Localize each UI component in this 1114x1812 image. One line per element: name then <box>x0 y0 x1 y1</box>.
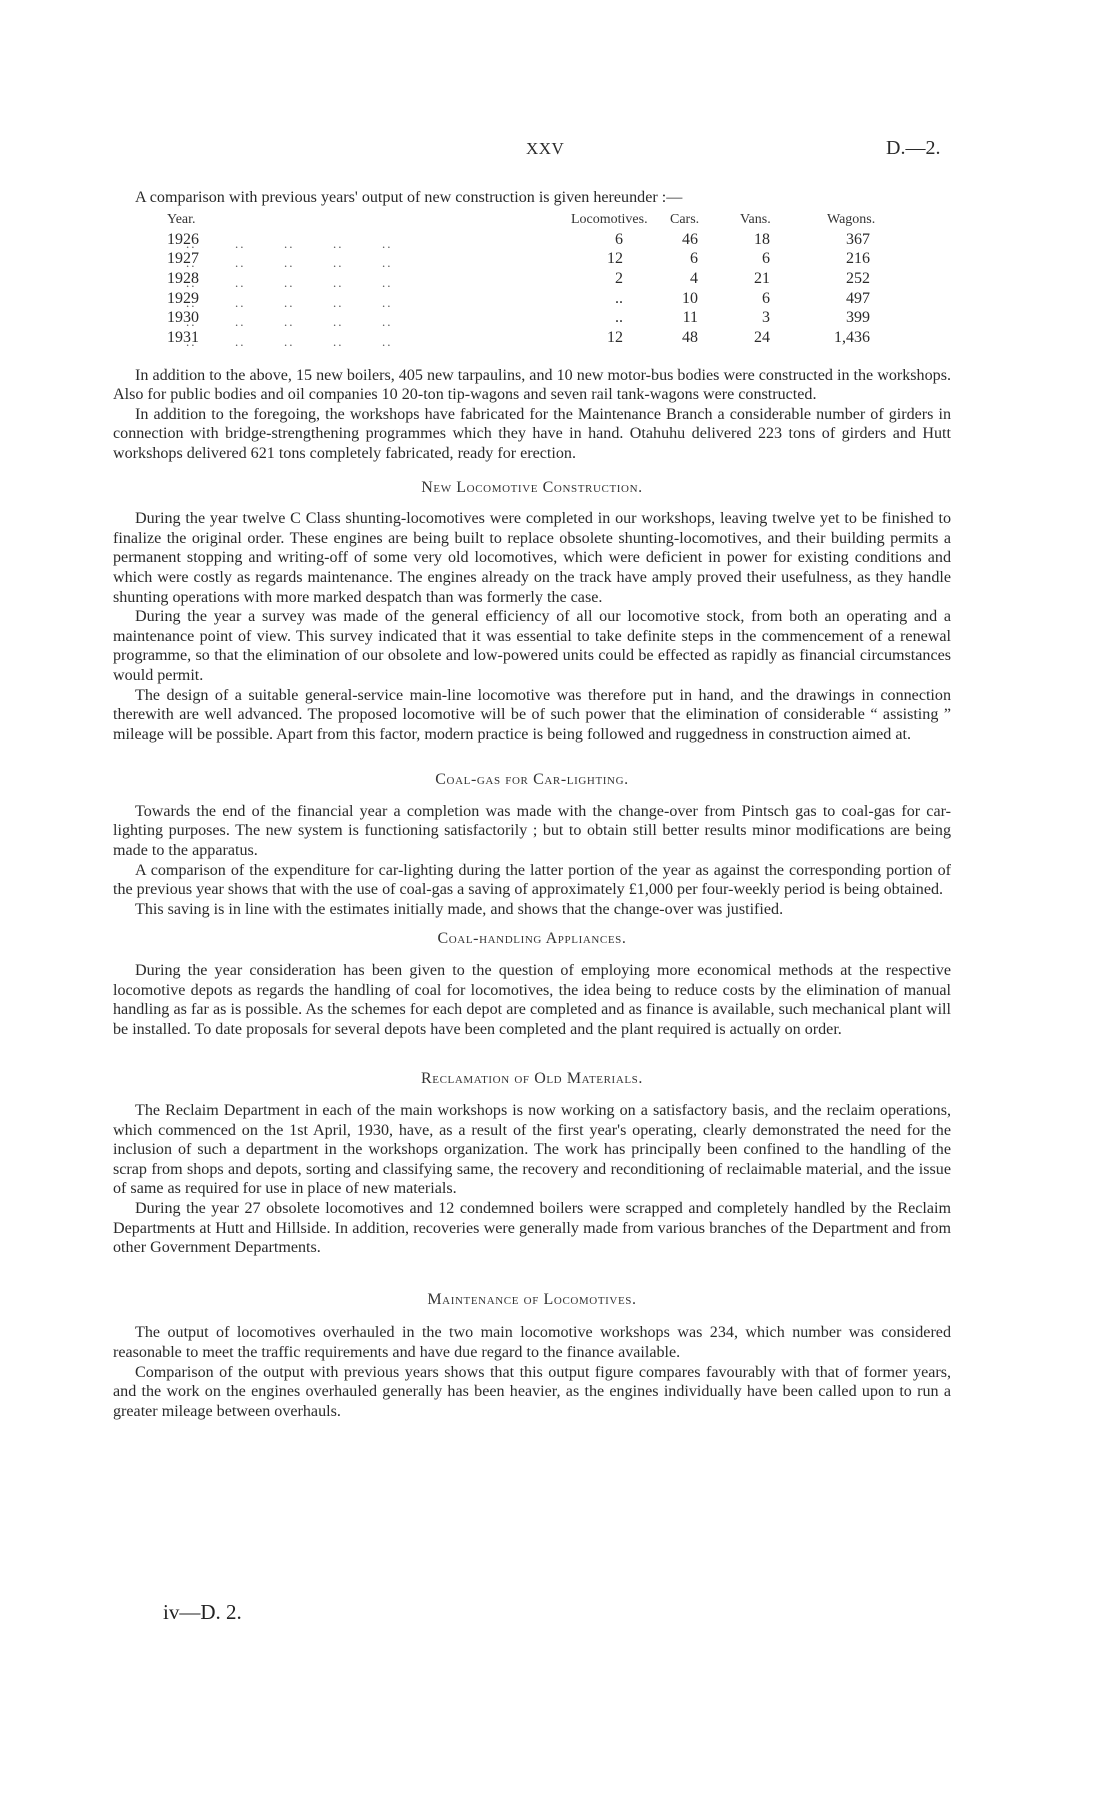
paragraph: During the year twelve C Class shunting-… <box>113 509 951 607</box>
cell-vans: 21 <box>730 269 770 289</box>
cell-locomotives: 2 <box>583 269 623 289</box>
section-coal-gas-for-car-lighting: Coal-gas for Car-lighting. Towards the e… <box>113 770 951 919</box>
cell-vans: 24 <box>730 328 770 348</box>
cell-wagons: 1,436 <box>810 328 870 348</box>
document-reference: D.—2. <box>886 137 940 160</box>
paragraph: The Reclaim Department in each of the ma… <box>113 1101 951 1199</box>
cell-locomotives: 12 <box>583 249 623 269</box>
page-body: A comparison with previous years' output… <box>113 188 951 1421</box>
cell-wagons: 367 <box>810 230 870 250</box>
table-row: 1928..........2421252 <box>113 269 951 289</box>
cell-wagons: 497 <box>810 289 870 309</box>
section-heading: Coal-gas for Car-lighting. <box>113 770 951 790</box>
construction-output-table: Year. Locomotives. Cars. Vans. Wagons. 1… <box>113 208 951 366</box>
paragraph: During the year 27 obsolete locomotives … <box>113 1199 951 1258</box>
paragraph: The design of a suitable general-service… <box>113 686 951 745</box>
table-row: 1926..........64618367 <box>113 230 951 250</box>
section-new-locomotive-construction: New Locomotive Construction. During the … <box>113 478 951 745</box>
column-header-cars: Cars. <box>670 210 699 230</box>
dot-leader: .. <box>186 332 197 352</box>
page-header: XXV D.—2. <box>0 139 1114 163</box>
cell-cars: 11 <box>658 308 698 328</box>
cell-cars: 48 <box>658 328 698 348</box>
page-footer-signature: iv—D. 2. <box>163 1600 242 1625</box>
paragraph: Comparison of the output with previous y… <box>113 1363 951 1422</box>
column-header-locomotives: Locomotives. <box>571 210 648 230</box>
cell-vans: 6 <box>730 289 770 309</box>
section-heading: Coal-handling Appliances. <box>113 929 951 949</box>
cell-locomotives: 12 <box>583 328 623 348</box>
dot-leader: .. <box>235 332 246 352</box>
paragraph: In addition to the foregoing, the worksh… <box>113 405 951 464</box>
page-number: XXV <box>526 139 564 159</box>
cell-vans: 6 <box>730 249 770 269</box>
paragraph: During the year consideration has been g… <box>113 961 951 1039</box>
cell-locomotives: .. <box>583 289 623 309</box>
section-heading: Maintenance of Locomotives. <box>113 1290 951 1310</box>
column-header-vans: Vans. <box>740 210 771 230</box>
cell-locomotives: 6 <box>583 230 623 250</box>
cell-wagons: 399 <box>810 308 870 328</box>
table-row: 1929............106497 <box>113 289 951 309</box>
dot-leader: .. <box>284 332 295 352</box>
paragraph: This saving is in line with the estimate… <box>113 900 951 920</box>
table-intro: A comparison with previous years' output… <box>113 188 951 208</box>
section-heading: Reclamation of Old Materials. <box>113 1069 951 1089</box>
paragraph: A comparison of the expenditure for car-… <box>113 861 951 900</box>
paragraphs-top: In addition to the above, 15 new boilers… <box>113 366 951 464</box>
table-row: 1930............113399 <box>113 308 951 328</box>
cell-locomotives: .. <box>583 308 623 328</box>
cell-cars: 10 <box>658 289 698 309</box>
section-maintenance-of-locomotives: Maintenance of Locomotives. The output o… <box>113 1290 951 1422</box>
paragraph: The output of locomotives overhauled in … <box>113 1323 951 1362</box>
dot-leader: .. <box>333 332 344 352</box>
dot-leader: .. <box>382 332 393 352</box>
section-reclamation-of-old-materials: Reclamation of Old Materials. The Reclai… <box>113 1069 951 1257</box>
cell-vans: 3 <box>730 308 770 328</box>
table-row: 1931..........1248241,436 <box>113 328 951 348</box>
cell-cars: 46 <box>658 230 698 250</box>
section-coal-handling-appliances: Coal-handling Appliances. During the yea… <box>113 929 951 1039</box>
paragraph: Towards the end of the financial year a … <box>113 802 951 861</box>
cell-cars: 4 <box>658 269 698 289</box>
section-heading: New Locomotive Construction. <box>113 478 951 498</box>
column-header-year: Year. <box>167 210 196 230</box>
column-header-wagons: Wagons. <box>827 210 875 230</box>
cell-cars: 6 <box>658 249 698 269</box>
cell-vans: 18 <box>730 230 770 250</box>
paragraph: During the year a survey was made of the… <box>113 607 951 685</box>
cell-wagons: 216 <box>810 249 870 269</box>
paragraph: In addition to the above, 15 new boilers… <box>113 366 951 405</box>
cell-wagons: 252 <box>810 269 870 289</box>
table-row: 1927..........1266216 <box>113 249 951 269</box>
